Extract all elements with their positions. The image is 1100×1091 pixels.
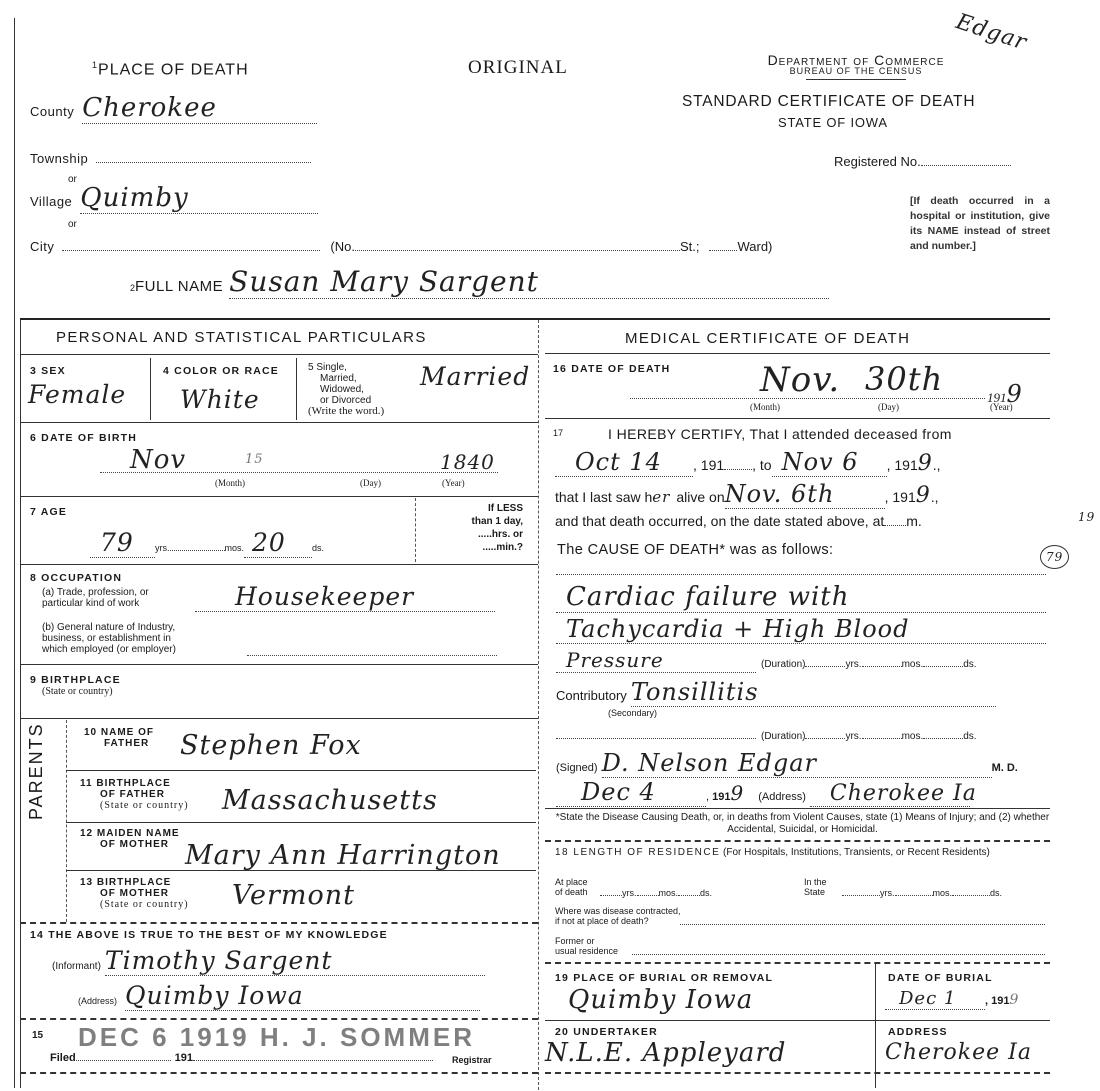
contributory-field[interactable]: Tonsillitis (631, 678, 996, 707)
at-place-ds[interactable] (678, 887, 700, 896)
undertaker-address-field[interactable]: Cherokee Ia (885, 1040, 1032, 1065)
in-state-ds[interactable] (952, 887, 990, 896)
certify-line-1: I HEREBY CERTIFY, That I attended deceas… (608, 426, 952, 442)
yrs-label: yrs. (880, 888, 895, 898)
informant-field[interactable]: Timothy Sargent (105, 946, 485, 976)
mos-label: mos. (933, 888, 953, 898)
marital-label-line: Married, (308, 373, 384, 384)
header-divider (20, 318, 1050, 320)
marital-label-line: Widowed, (308, 384, 384, 395)
full-name-label: FULL NAME (135, 278, 223, 295)
ward-field[interactable] (709, 238, 737, 251)
margin-mark-79: 79 (1040, 545, 1069, 569)
divider (66, 822, 536, 823)
divider (415, 498, 416, 562)
less-line[interactable]: .....hrs. or (425, 528, 523, 541)
cause-line-2-field[interactable]: Tachycardia + High Blood (556, 615, 1046, 644)
residence-label: 18 LENGTH OF RESIDENCE (555, 847, 720, 858)
divider (545, 962, 1050, 964)
contributory-duration-yrs[interactable] (805, 730, 845, 739)
father-name-label: 10 NAME OF FATHER (84, 727, 154, 749)
divider (545, 1072, 1050, 1074)
birthplace-sublabel: (State or country) (42, 686, 113, 697)
place-of-death-label: PLACE OF DEATH (98, 61, 249, 78)
township-field[interactable] (96, 148, 311, 163)
comma: , (885, 489, 893, 505)
signed-row: (Signed) D. Nelson Edgar M. D. (556, 748, 1018, 778)
birthplace-field[interactable] (160, 674, 490, 704)
county-field[interactable]: Cherokee (82, 93, 317, 124)
pronoun-field[interactable]: er (652, 488, 670, 506)
label-line: (b) General nature of Industry, (42, 622, 176, 633)
father-birthplace-label: 11 BIRTHPLACE OF FATHER (State or countr… (80, 778, 189, 811)
birth-label: 6 DATE OF BIRTH (30, 432, 137, 444)
informant-label: (Informant) (52, 961, 101, 972)
marital-field[interactable]: Married (420, 362, 530, 391)
signed-date-row: Dec 4 , 191 9 (Address) Cherokee Ia (556, 778, 970, 807)
filed-label: Filed (50, 1052, 76, 1064)
duration-label: (Duration) (761, 659, 805, 670)
death-day-field[interactable]: 30th (865, 360, 943, 398)
township-label: Township (30, 151, 88, 166)
attended-from-field[interactable]: Oct 14 (555, 448, 693, 477)
signed-year-field[interactable]: 9 (730, 781, 744, 805)
village-label: Village (30, 194, 72, 209)
village-field[interactable]: Quimby (80, 183, 318, 214)
township-row: Township (30, 148, 311, 166)
filed-year-field[interactable] (193, 1052, 433, 1061)
birthplace-label: 9 BIRTHPLACE (30, 674, 121, 686)
yrs-label: yrs. (155, 543, 170, 553)
comma: , (693, 457, 701, 473)
mother-birthplace-label: 13 BIRTHPLACE OF MOTHER (State or countr… (80, 877, 189, 910)
divider (20, 1072, 538, 1074)
marital-label-line: (Write the word.) (308, 406, 384, 417)
occupation-b-field[interactable] (247, 645, 497, 656)
occupation-label: 8 OCCUPATION (30, 572, 122, 584)
contracted-field[interactable] (680, 916, 1045, 925)
cause-label: The CAUSE OF DEATH* was as follows: (557, 542, 833, 558)
full-name-field[interactable]: Susan Mary Sargent (229, 265, 829, 299)
year-caption: (Year) (990, 402, 1013, 412)
margin-mark-19: 19 (1078, 510, 1095, 524)
city-label: City (30, 239, 54, 254)
former-residence-field[interactable] (632, 946, 1045, 955)
filed-date-field[interactable] (76, 1052, 171, 1061)
year-caption: (Year) (442, 478, 465, 488)
label-line: State (804, 887, 827, 897)
residence-heading: 18 LENGTH OF RESIDENCE (For Hospitals, I… (555, 847, 1050, 858)
divider (545, 1020, 1050, 1021)
label-line: 11 BIRTHPLACE (80, 778, 189, 789)
parents-side-label: PARENTS (26, 722, 47, 820)
certificate-title: STANDARD CERTIFICATE OF DEATH (682, 93, 975, 111)
divider (20, 664, 538, 665)
label-line: if not at place of death? (555, 916, 681, 926)
mother-birthplace-field[interactable]: Vermont (232, 880, 355, 911)
comma: , (752, 457, 760, 473)
in-state-label: In the State (804, 877, 827, 897)
year-prefix: 191 (894, 457, 917, 473)
father-name-field[interactable]: Stephen Fox (180, 730, 362, 761)
occupation-a-label: (a) Trade, profession, or particular kin… (42, 587, 149, 609)
burial-date-label: DATE OF BURIAL (888, 972, 993, 984)
informant-address-label: (Address) (78, 996, 117, 1006)
mos-label: mos. (225, 543, 245, 553)
day-caption: (Day) (878, 402, 899, 412)
label-line: business, or establishment in (42, 633, 176, 644)
ds-label: ds. (700, 888, 712, 898)
mother-name-field[interactable]: Mary Ann Harrington (185, 840, 501, 871)
label-line: which employed (or employer) (42, 644, 176, 655)
signature-mark: Edgar (953, 9, 1030, 55)
age-years-field[interactable]: 79 (90, 528, 155, 558)
contributory-duration-blank (556, 730, 756, 739)
comma: , (887, 457, 895, 473)
race-field[interactable]: White (180, 385, 260, 414)
cause-line-1-field[interactable]: Cardiac failure with (556, 582, 1046, 613)
in-state-yrs[interactable] (842, 887, 880, 896)
label-line: usual residence (555, 946, 618, 956)
mos-label: mos. (902, 731, 924, 742)
divider (20, 422, 538, 423)
in-state-row: yrs. mos. ds. (842, 887, 1002, 898)
divider (875, 964, 876, 1088)
label-line: OF MOTHER (80, 888, 189, 899)
contributory-duration-ds[interactable] (923, 730, 963, 739)
yrs-label: yrs. (845, 731, 861, 742)
contributory-label: Contributory (556, 688, 627, 703)
label-line: (State or country) (80, 899, 189, 910)
occupation-a-field[interactable]: Housekeeper (195, 582, 495, 612)
ds-label: ds. (990, 888, 1002, 898)
burial-place-label: 19 PLACE OF BURIAL OR REMOVAL (555, 972, 773, 984)
m-label: m. (906, 513, 922, 529)
divider (545, 840, 1050, 842)
yrs-label: yrs. (622, 888, 637, 898)
filed-year-prefix: 191 (175, 1052, 193, 1064)
informant-row: (Informant) Timothy Sargent (52, 945, 485, 976)
informant-address-field[interactable]: Quimby Iowa (125, 981, 480, 1011)
race-label: 4 COLOR OR RACE (163, 365, 279, 377)
mother-name-label: 12 MAIDEN NAME OF MOTHER (80, 828, 180, 850)
divider (66, 720, 67, 922)
occupation-b-label: (b) General nature of Industry, business… (42, 622, 176, 655)
in-state-mos[interactable] (895, 887, 933, 896)
duration-label: (Duration) (761, 731, 805, 742)
year-prefix: 191 (712, 791, 730, 803)
burial-date-row: Dec 1 , 191 9 (885, 988, 1019, 1010)
month-caption: (Month) (215, 478, 245, 488)
at-place-label: At place of death (555, 877, 588, 897)
undertaker-label: 20 UNDERTAKER (555, 1026, 658, 1038)
marital-label-line: 5 Single, (308, 362, 384, 373)
contributory-duration-mos[interactable] (862, 730, 902, 739)
column-divider (538, 320, 539, 1090)
label-line: Where was disease contracted, (555, 906, 681, 916)
registered-no: Registered No. (834, 153, 1011, 169)
or-label-2: or (68, 219, 77, 230)
alive-on-label: alive on (676, 489, 724, 505)
village-row: Village Quimby (30, 180, 318, 214)
cause-line-3-field[interactable]: Pressure (556, 648, 756, 673)
age-less-than-day: If LESS than 1 day, .....hrs. or .....mi… (425, 502, 523, 554)
label-line: 13 BIRTHPLACE (80, 877, 189, 888)
signed-label: (Signed) (556, 762, 598, 774)
md-label: M. D. (992, 762, 1018, 774)
cause-line-blank (556, 574, 1046, 575)
ds-label: ds. (963, 659, 976, 670)
mos-label: mos. (659, 888, 679, 898)
divider (545, 808, 1050, 809)
street-field[interactable] (355, 238, 680, 251)
to-label: to (760, 457, 772, 473)
signed-date-field[interactable]: Dec 4 (556, 778, 706, 807)
label-line: 12 MAIDEN NAME (80, 828, 180, 839)
divider (66, 770, 536, 771)
label-line: (State or country) (80, 800, 189, 811)
registrar-label: Registrar (452, 1055, 492, 1065)
filed-section-no: 15 (32, 1030, 43, 1041)
less-line: If LESS (425, 502, 523, 515)
informant-heading: 14 THE ABOVE IS TRUE TO THE BEST OF MY K… (30, 929, 388, 941)
informant-address-row: (Address) Quimby Iowa (78, 980, 480, 1011)
filed-stamp: DEC 6 1919 H. J. SOMMER (78, 1022, 475, 1053)
place-of-death-heading: 1PLACE OF DEATH (92, 60, 249, 79)
city-field[interactable] (62, 238, 320, 251)
divider (296, 358, 297, 420)
label-line: In the (804, 877, 827, 887)
cause-line-3-row: Pressure (Duration) yrs. mos. ds. (556, 648, 977, 673)
time-of-death-field[interactable] (884, 513, 906, 526)
period: ., (933, 457, 941, 473)
county-label: County (30, 104, 74, 119)
at-place-yrs[interactable] (600, 887, 622, 896)
attended-to-year-field[interactable]: 9 (918, 451, 933, 476)
cause-duration-yrs[interactable] (805, 658, 845, 667)
death-month-field[interactable]: Nov. (760, 360, 840, 400)
registered-no-label: Registered No. (834, 154, 921, 169)
cause-duration-ds[interactable] (923, 658, 963, 667)
birth-month-field[interactable]: Nov (130, 445, 186, 475)
divider (20, 564, 538, 565)
year-prefix: 191 (701, 457, 724, 473)
contributory-duration-row: (Duration) yrs. mos. ds. (556, 730, 977, 742)
year-prefix: 191 (991, 995, 1009, 1007)
city-row: City (No. St.; Ward) (30, 238, 772, 254)
physician-address-field[interactable]: Cherokee Ia (810, 781, 970, 807)
burial-year-field[interactable]: 9 (1009, 992, 1019, 1008)
sex-field[interactable]: Female (28, 380, 126, 409)
divider (545, 353, 1050, 354)
label-line: particular kind of work (42, 598, 149, 609)
age-row: 79 yrs. mos. 20 ds. (90, 528, 324, 558)
left-border (14, 18, 15, 1088)
divider (20, 718, 538, 719)
less-line[interactable]: .....min.? (425, 541, 523, 554)
attended-from-year-field[interactable] (724, 457, 752, 470)
divider (20, 496, 538, 497)
left-col-edge (20, 320, 21, 1088)
full-name-row: 2 FULL NAME Susan Mary Sargent (130, 265, 829, 299)
label-line: (a) Trade, profession, or (42, 587, 149, 598)
sex-label: 3 SEX (30, 365, 66, 377)
burial-date-field[interactable]: Dec 1 (885, 988, 985, 1010)
ds-label: ds. (312, 543, 324, 553)
yrs-label: yrs. (845, 659, 861, 670)
certify-line-3: that I last saw h er alive on Nov. 6th ,… (555, 480, 939, 509)
label-line: 10 NAME OF (84, 727, 154, 738)
cause-duration-mos[interactable] (862, 658, 902, 667)
label-line: of death (555, 887, 588, 897)
personal-title: PERSONAL AND STATISTICAL PARTICULARS (56, 329, 427, 346)
birth-day-field[interactable]: 15 (245, 452, 264, 467)
occurred-label: and that death occurred, on the date sta… (555, 513, 884, 529)
residence-sublabel: (For Hospitals, Institutions, Transients… (723, 847, 990, 858)
contributory-row: Contributory Tonsillitis (556, 678, 996, 707)
label-line: OF FATHER (80, 789, 189, 800)
street-no-label: (No. (330, 239, 355, 254)
attended-to-field[interactable]: Nov 6 (772, 448, 887, 477)
marital-label: 5 Single, Married, Widowed, or Divorced … (308, 362, 384, 417)
undertaker-address-label: ADDRESS (888, 1026, 948, 1038)
medical-title: MEDICAL CERTIFICATE OF DEATH (625, 330, 910, 347)
divider (20, 354, 538, 355)
at-place-row: yrs. mos. ds. (600, 887, 712, 898)
less-line: than 1 day, (425, 515, 523, 528)
state-title: STATE OF IOWA (778, 115, 888, 130)
age-days-field[interactable]: 20 (244, 528, 312, 558)
age-months-field[interactable] (170, 540, 225, 551)
certify-line-2: Oct 14 , 191 , to Nov 6 , 191 9., (555, 448, 941, 477)
last-saw-label: that I last saw h (555, 489, 652, 505)
death-date-label: 16 DATE OF DEATH (553, 363, 670, 375)
filed-row: Filed 191 (50, 1052, 433, 1064)
birth-year-field[interactable]: 1840 (440, 450, 495, 474)
label-line: Former or (555, 936, 618, 946)
registered-no-field[interactable] (921, 153, 1011, 166)
street-label: St.; (680, 239, 700, 254)
divider (20, 1018, 538, 1020)
original-stamp: ORIGINAL (468, 57, 568, 79)
department-heading: Department of Commerce BUREAU OF THE CEN… (738, 52, 974, 80)
day-caption: (Day) (360, 478, 381, 488)
undertaker-field[interactable]: N.L.E. Appleyard (545, 1038, 786, 1068)
ds-label: ds. (963, 731, 976, 742)
alive-on-field[interactable]: Nov. 6th (725, 480, 885, 509)
address-label: (Address) (758, 791, 806, 803)
year-prefix: 191 (892, 489, 915, 505)
alive-on-year-field[interactable]: 9 (916, 483, 931, 508)
divider (66, 870, 536, 871)
label-line: OF MOTHER (80, 839, 180, 850)
month-caption: (Month) (750, 402, 780, 412)
burial-place-field[interactable]: Quimby Iowa (568, 985, 753, 1015)
label-line: At place (555, 877, 588, 887)
father-birthplace-field[interactable]: Massachusetts (222, 785, 438, 816)
ward-label: Ward) (737, 239, 772, 254)
label-line: FATHER (84, 738, 154, 749)
secondary-label: (Secondary) (608, 708, 657, 718)
divider (20, 922, 538, 924)
certify-section-no: 17 (553, 428, 563, 438)
at-place-mos[interactable] (637, 887, 659, 896)
age-label: 7 AGE (30, 506, 67, 518)
certify-line-4: and that death occurred, on the date sta… (555, 513, 922, 529)
mos-label: mos. (902, 659, 924, 670)
divider (150, 358, 151, 420)
institution-note: [If death occurred in a hospital or inst… (910, 194, 1050, 254)
footnote: *State the Disease Causing Death, or, in… (555, 812, 1050, 836)
former-residence-label: Former or usual residence (555, 936, 618, 956)
contracted-label: Where was disease contracted, if not at … (555, 906, 681, 926)
county-row: County Cherokee (30, 92, 317, 124)
period: ., (931, 489, 939, 505)
physician-signature-field[interactable]: D. Nelson Edgar (602, 749, 992, 778)
divider (545, 418, 1050, 419)
